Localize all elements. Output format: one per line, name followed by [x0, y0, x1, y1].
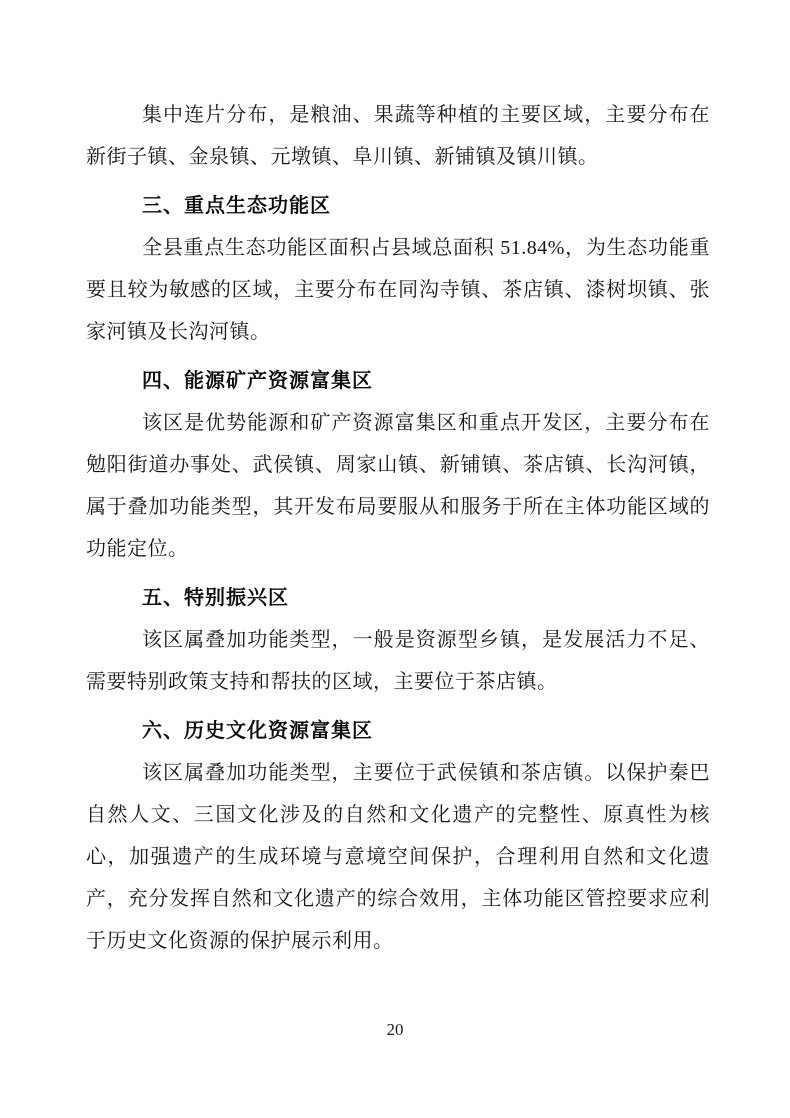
section-heading: 六、历史文化资源富集区: [86, 710, 710, 752]
section-special-revitalization-zone: 五、特别振兴区 该区属叠加功能类型，一般是资源型乡镇，是发展活力不足、需要特别政…: [86, 577, 710, 703]
section-historical-cultural-zone: 六、历史文化资源富集区 该区属叠加功能类型，主要位于武侯镇和茶店镇。以保护秦巴自…: [86, 710, 710, 962]
section-paragraph: 该区属叠加功能类型，一般是资源型乡镇，是发展活力不足、需要特别政策支持和帮扶的区…: [86, 619, 710, 703]
page-content: 集中连片分布，是粮油、果蔬等种植的主要区域，主要分布在新街子镇、金泉镇、元墩镇、…: [86, 94, 710, 962]
section-paragraph: 全县重点生态功能区面积占县域总面积 51.84%，为生态功能重要且较为敏感的区域…: [86, 227, 710, 353]
section-key-ecological-zone: 三、重点生态功能区 全县重点生态功能区面积占县域总面积 51.84%，为生态功能…: [86, 185, 710, 353]
intro-paragraph: 集中连片分布，是粮油、果蔬等种植的主要区域，主要分布在新街子镇、金泉镇、元墩镇、…: [86, 94, 710, 178]
section-paragraph: 该区属叠加功能类型，主要位于武侯镇和茶店镇。以保护秦巴自然人文、三国文化涉及的自…: [86, 752, 710, 962]
section-heading: 五、特别振兴区: [86, 577, 710, 619]
page-number: 20: [0, 1020, 790, 1040]
document-page: 集中连片分布，是粮油、果蔬等种植的主要区域，主要分布在新街子镇、金泉镇、元墩镇、…: [0, 0, 790, 1118]
section-paragraph: 该区是优势能源和矿产资源富集区和重点开发区，主要分布在勉阳街道办事处、武侯镇、周…: [86, 402, 710, 570]
section-heading: 四、能源矿产资源富集区: [86, 360, 710, 402]
section-heading: 三、重点生态功能区: [86, 185, 710, 227]
section-energy-mineral-zone: 四、能源矿产资源富集区 该区是优势能源和矿产资源富集区和重点开发区，主要分布在勉…: [86, 360, 710, 570]
